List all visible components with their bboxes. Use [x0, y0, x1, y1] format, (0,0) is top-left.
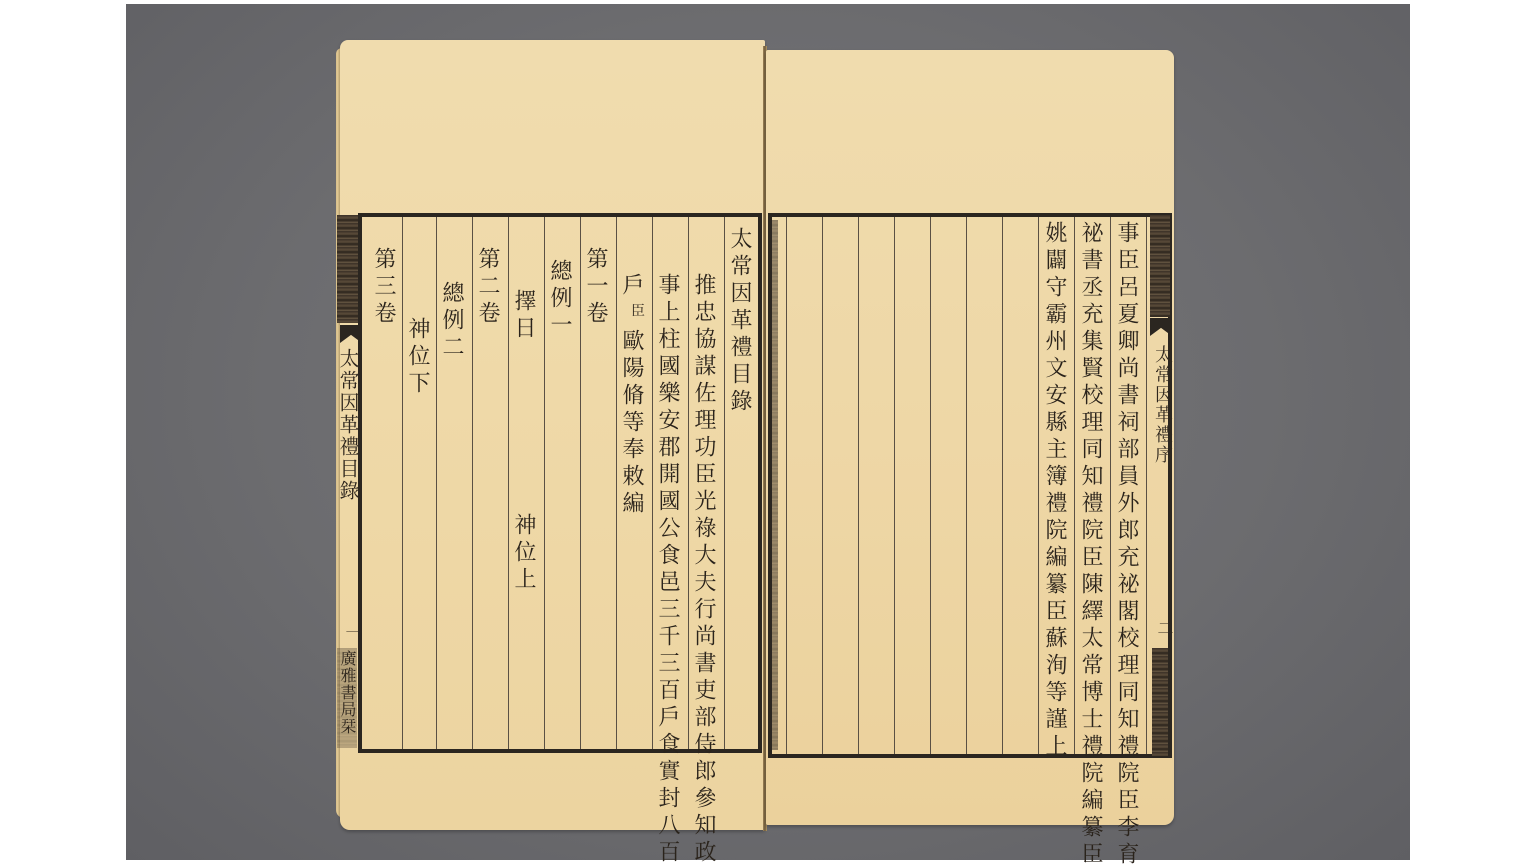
- preface-signature-line-3: 姚闢守霸州文安縣主簿禮院編纂臣蘇洵等謹上: [1040, 221, 1068, 761]
- right-block-heart-upper-black-mouth: [1150, 215, 1170, 317]
- right-block-heart-title: 太常因革禮序: [1150, 345, 1174, 465]
- column-rule: [786, 217, 787, 754]
- column-rule: [966, 217, 967, 754]
- toc-volume-1: 第一卷: [581, 247, 609, 328]
- right-block-heart-page-number: 二: [1152, 620, 1176, 638]
- author-line-1: 推忠協謀佐理功臣光祿大夫行尚書吏部侍郎參知政: [689, 273, 717, 864]
- author-line-3a: 戶: [617, 273, 645, 300]
- column-rule: [1074, 217, 1075, 754]
- author-line-3b: 歐陽脩等奉敕編: [617, 329, 645, 518]
- column-rule: [930, 217, 931, 754]
- toc-entry-general-rules-2: 總例二: [437, 281, 465, 362]
- author-line-2: 事上柱國樂安郡開國公食邑三千三百戶食實封八百: [653, 273, 681, 864]
- right-print-frame: 事臣呂夏卿尚書祠部員外郎充祕閣校理同知禮院臣李育 祕書丞充集賢校理同知禮院臣陳繹…: [768, 213, 1172, 758]
- toc-volume-3: 第三卷: [369, 247, 397, 328]
- toc-entry-spirit-tablets-2: 神位下: [403, 317, 431, 398]
- preface-signature-line-2: 祕書丞充集賢校理同知禮院臣陳繹太常博士禮院編纂臣: [1076, 221, 1104, 864]
- left-block-heart-publisher: 廣雅書局栞: [337, 650, 357, 735]
- toc-title: 太常因革禮目錄: [725, 227, 753, 416]
- column-rule: [894, 217, 895, 754]
- right-block-heart-lower-black-mouth: [1152, 648, 1168, 756]
- column-rule: [1110, 217, 1111, 754]
- column-rule: [858, 217, 859, 754]
- author-line-3-small: 臣: [623, 303, 651, 319]
- toc-entry-choosing-days: 擇日: [509, 289, 537, 343]
- column-rule: [1002, 217, 1003, 754]
- toc-entry-spirit-tablets-1: 神位上: [509, 513, 537, 594]
- block-heart-upper-black-mouth: [337, 215, 359, 323]
- preface-signature-line-1: 事臣呂夏卿尚書祠部員外郎充祕閣校理同知禮院臣李育: [1112, 221, 1140, 864]
- toc-volume-2: 第二卷: [473, 247, 501, 328]
- column-rule: [822, 217, 823, 754]
- column-rule: [1146, 217, 1147, 754]
- column-rule: [402, 217, 403, 749]
- left-print-frame: 太常因革禮目錄 推忠協謀佐理功臣光祿大夫行尚書吏部侍郎參知政 事上柱國樂安郡開國…: [358, 213, 762, 753]
- column-rule: [1038, 217, 1039, 754]
- toc-entry-general-rules-1: 總例一: [545, 259, 573, 340]
- left-block-heart-title: 太常因革禮目錄: [336, 348, 360, 502]
